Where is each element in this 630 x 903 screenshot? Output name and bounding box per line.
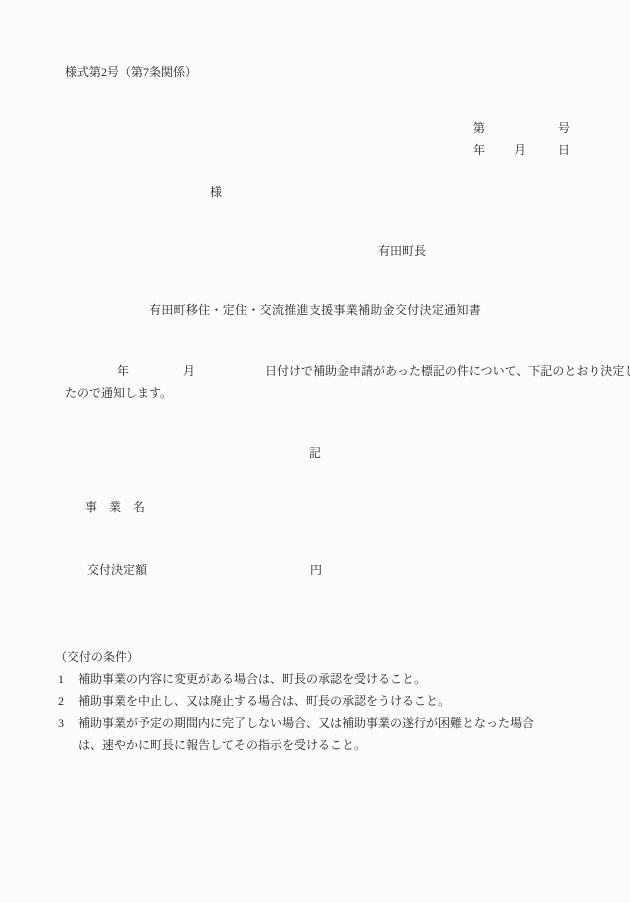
project-name-label: 事 業 名 — [85, 501, 145, 513]
doc-number-suffix: 号 — [558, 122, 570, 134]
body-line2: たので通知します。 — [65, 387, 172, 399]
document-page: 様式第2号（第7条関係） 第 号 年 月 日 様 有田町長 有田町移住・定住・交… — [0, 0, 630, 903]
condition-item: 1 補助事業の内容に変更がある場合は、町長の承認を受けること。 — [55, 668, 565, 690]
conditions-section: （交付の条件） 1 補助事業の内容に変更がある場合は、町長の承認を受けること。 … — [55, 646, 565, 756]
body-year-label: 年 — [117, 365, 129, 377]
doc-number-prefix: 第 — [473, 122, 485, 134]
condition-item: 2 補助事業を中止し、又は廃止する場合は、町長の承認をうけること。 — [55, 690, 565, 712]
date-year-label: 年 — [473, 144, 485, 156]
conditions-heading: （交付の条件） — [55, 646, 565, 668]
condition-text: 補助事業を中止し、又は廃止する場合は、町長の承認をうけること。 — [78, 690, 540, 712]
document-title: 有田町移住・定住・交流推進支援事業補助金交付決定通知書 — [0, 304, 630, 316]
ki-marker: 記 — [0, 447, 630, 459]
sender-name: 有田町長 — [378, 245, 426, 257]
grant-amount-label: 交付決定額 — [87, 564, 147, 576]
condition-item: 3 補助事業が予定の期間内に完了しない場合、又は補助事業の遂行が困難となった場合… — [55, 712, 565, 756]
form-number: 様式第2号（第7条関係） — [65, 66, 197, 78]
condition-number: 2 — [58, 690, 78, 712]
addressee-honorific: 様 — [210, 186, 222, 198]
body-month-label: 月 — [183, 365, 195, 377]
body-line1: 日付けで補助金申請があった標記の件について、下記のとおり決定し — [265, 365, 630, 377]
condition-number: 3 — [58, 712, 78, 734]
date-day-label: 日 — [558, 144, 570, 156]
date-month-label: 月 — [514, 144, 526, 156]
condition-number: 1 — [58, 668, 78, 690]
condition-text: 補助事業が予定の期間内に完了しない場合、又は補助事業の遂行が困難となった場合は、… — [78, 712, 540, 756]
grant-amount-unit: 円 — [310, 564, 322, 576]
condition-text: 補助事業の内容に変更がある場合は、町長の承認を受けること。 — [78, 668, 540, 690]
